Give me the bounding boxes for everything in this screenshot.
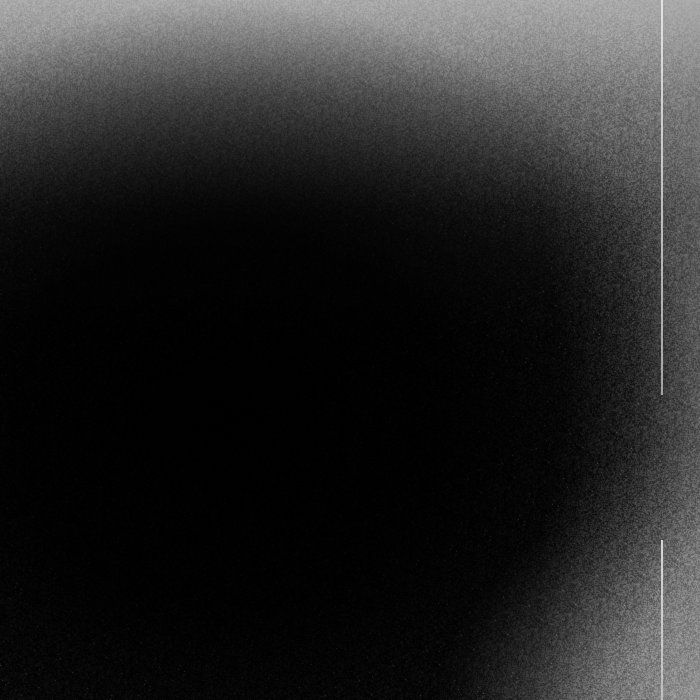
vertical-streak-lower — [661, 540, 663, 700]
sensor-frame — [0, 0, 700, 700]
vertical-streak-upper — [661, 0, 663, 395]
vignette-gradient — [0, 0, 700, 700]
